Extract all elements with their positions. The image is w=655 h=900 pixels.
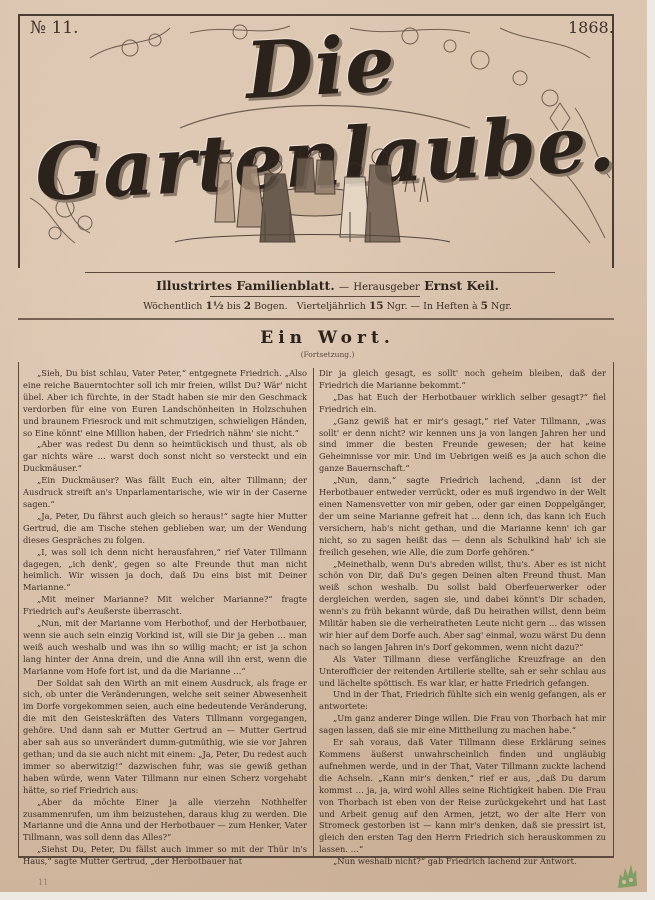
issues-unit: Ngr. [491, 301, 512, 312]
weekly-label: Wöchentlich [143, 301, 202, 312]
paragraph: „Das hat Euch der Herbotbauer wirklich s… [319, 392, 606, 416]
weekly-value: 1½ [205, 300, 223, 312]
divider [18, 318, 614, 320]
paragraph: „I, was soll ich denn nicht herausfahren… [23, 547, 307, 595]
issues-value: 5 [481, 300, 488, 312]
quarterly-value: 15 [369, 300, 384, 312]
paragraph: „Nun weshalb nicht?“ gab Friedrich lache… [319, 856, 606, 868]
paragraph: Er sah voraus, daß Vater Tillmann diese … [319, 737, 606, 856]
divider [210, 296, 420, 297]
quarterly-label: Vierteljährlich [297, 301, 366, 312]
scan-edge [647, 0, 655, 900]
paragraph: „Sieh, Du bist schlau, Vater Peter,“ ent… [23, 368, 307, 439]
article-column-left: „Sieh, Du bist schlau, Vater Peter,“ ent… [23, 368, 307, 868]
scan-edge [0, 892, 655, 900]
paragraph: „Nun, dann,“ sagte Friedrich lachend, „d… [319, 475, 606, 558]
paragraph: Als Vater Tillmann diese verfängliche Kr… [319, 654, 606, 690]
paragraph: Und in der That, Friedrich fühlte sich e… [319, 689, 606, 713]
page-number: 11 [38, 878, 48, 887]
issue-year: 1868. [568, 18, 614, 37]
paragraph: „Um ganz anderer Dinge willen. Die Frau … [319, 713, 606, 737]
weekly-to: bis [227, 301, 241, 312]
issue-number: № 11. [30, 18, 79, 38]
family-gathering-illustration [165, 132, 455, 252]
article-column-right: Dir ja gleich gesagt, es sollt' noch geh… [319, 368, 606, 868]
weekly-unit: Bogen. [254, 301, 288, 312]
article-continuation: (Fortsetzung.) [0, 350, 655, 359]
article-title: Ein Wort. [0, 328, 655, 348]
divider [85, 272, 555, 273]
issues-label: In Heften à [423, 301, 478, 312]
quarterly-unit: Ngr. [387, 301, 408, 312]
subtitle-text: Illustrirtes Familienblatt. [156, 278, 335, 293]
newspaper-page: Die Gartenlaube. № 11. 1868. Illustrirte… [0, 0, 655, 900]
paragraph: „Aber da möchte Einer ja alle vierzehn N… [23, 797, 307, 845]
paragraph: „Siehst Du, Peter, Du fällst auch immer … [23, 844, 307, 868]
paragraph: „Mit meiner Marianne? Mit welcher Marian… [23, 594, 307, 618]
weekly-max: 2 [244, 300, 251, 312]
library-stamp-icon [614, 860, 640, 890]
column-divider [313, 368, 314, 856]
editor-label: Herausgeber [353, 282, 419, 293]
paragraph: „Ja, Peter, Du fährst auch gleich so her… [23, 511, 307, 547]
editor-name: Ernst Keil. [424, 278, 499, 293]
paragraph: „Meinethalb, wenn Du's abreden willst, t… [319, 559, 606, 654]
subtitle-dash: — [339, 282, 349, 293]
paragraph: „Aber was redest Du denn so heimtückisch… [23, 439, 307, 475]
paragraph: „Ganz gewiß hat er mir's gesagt,“ rief V… [319, 416, 606, 476]
paragraph: „Nun, mit der Marianne vom Herbothof, un… [23, 618, 307, 678]
masthead-subtitle: Illustrirtes Familienblatt. — Herausgebe… [0, 278, 655, 293]
paragraph: „Ein Duckmäuser? Was fällt Euch ein, alt… [23, 475, 307, 511]
pricing-dash: — [411, 301, 421, 312]
paragraph: Dir ja gleich gesagt, es sollt' noch geh… [319, 368, 606, 392]
paragraph: Der Soldat sah den Wirth an mit einem Au… [23, 678, 307, 797]
pricing-line: Wöchentlich 1½ bis 2 Bogen. Vierteljährl… [0, 300, 655, 312]
